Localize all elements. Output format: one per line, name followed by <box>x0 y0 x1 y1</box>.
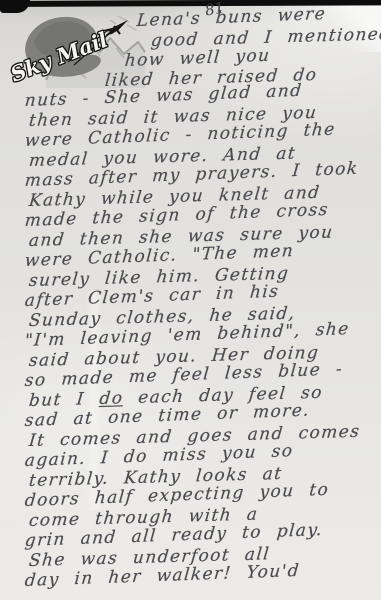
letter-lines: Lena's buns weregood and I mentionedhow … <box>10 11 381 591</box>
scanned-letter-page: { "logo": { "brand": "Sky Mail" }, "page… <box>0 0 381 600</box>
